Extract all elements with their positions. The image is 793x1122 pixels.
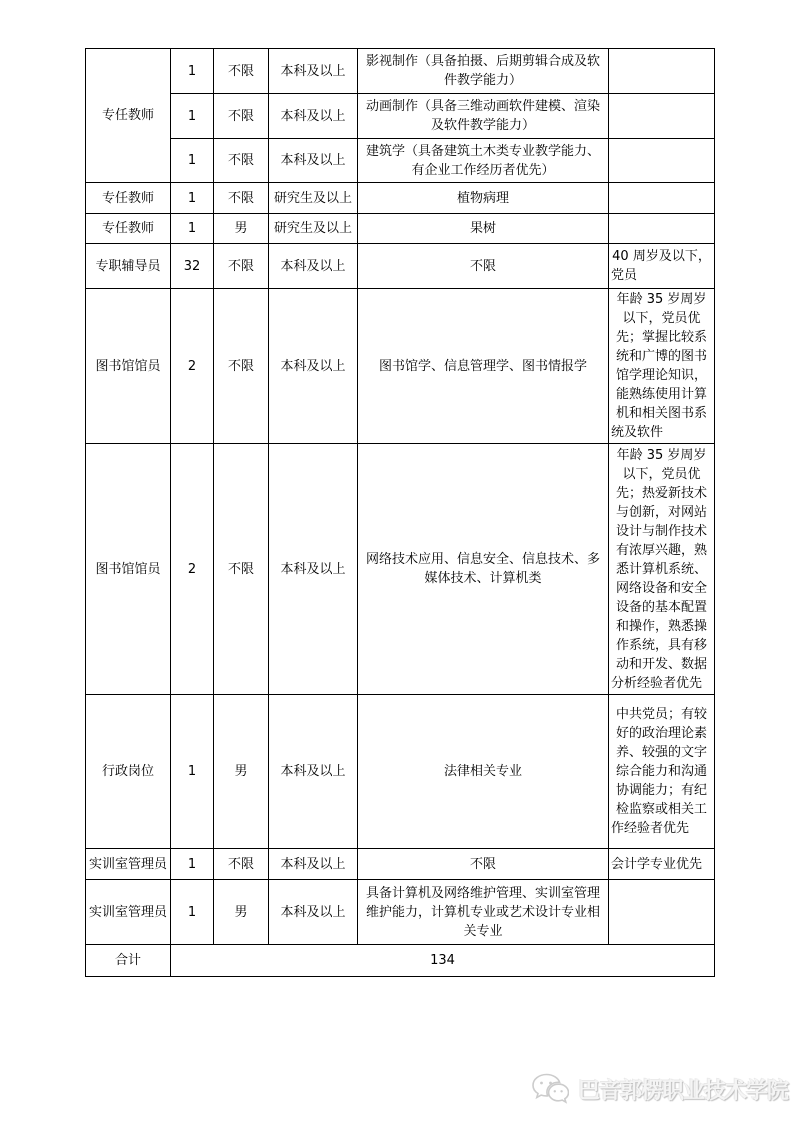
cell-gender: 不限 — [214, 183, 269, 214]
cell-other — [609, 139, 715, 183]
table-row: 行政岗位 1 男 本科及以上 法律相关专业 中共党员；有较好的政治理论素养、较强… — [86, 695, 715, 849]
cell-other — [609, 49, 715, 94]
recruitment-table: 专任教师 1 不限 本科及以上 影视制作（具备拍摄、后期剪辑合成及软件教学能力）… — [85, 48, 715, 977]
cell-position: 专任教师 — [86, 49, 171, 183]
wechat-watermark: 巴音郭楞职业技术学院 — [531, 1070, 788, 1108]
cell-major: 果树 — [358, 214, 609, 244]
cell-position: 图书馆馆员 — [86, 289, 171, 444]
total-value: 134 — [171, 945, 715, 977]
cell-education: 本科及以上 — [269, 94, 358, 139]
cell-major: 建筑学（具备建筑土木类专业教学能力、有企业工作经历者优先） — [358, 139, 609, 183]
cell-education: 本科及以上 — [269, 444, 358, 695]
wechat-icon — [531, 1073, 569, 1105]
cell-count: 1 — [171, 49, 214, 94]
cell-other — [609, 880, 715, 945]
cell-major: 法律相关专业 — [358, 695, 609, 849]
cell-count: 1 — [171, 849, 214, 880]
cell-major: 动画制作（具备三维动画软件建模、渲染及软件教学能力） — [358, 94, 609, 139]
cell-education: 本科及以上 — [269, 139, 358, 183]
cell-gender: 男 — [214, 880, 269, 945]
cell-gender: 男 — [214, 695, 269, 849]
cell-count: 2 — [171, 444, 214, 695]
cell-position: 专职辅导员 — [86, 244, 171, 289]
cell-gender: 不限 — [214, 444, 269, 695]
cell-major: 不限 — [358, 849, 609, 880]
table-row: 专任教师 1 不限 本科及以上 影视制作（具备拍摄、后期剪辑合成及软件教学能力） — [86, 49, 715, 94]
cell-major: 图书馆学、信息管理学、图书情报学 — [358, 289, 609, 444]
table-row: 专职辅导员 32 不限 本科及以上 不限 40 周岁及以下，党员 — [86, 244, 715, 289]
cell-other: 会计学专业优先 — [609, 849, 715, 880]
table-row: 图书馆馆员 2 不限 本科及以上 网络技术应用、信息安全、信息技术、多媒体技术、… — [86, 444, 715, 695]
cell-count: 1 — [171, 183, 214, 214]
cell-count: 1 — [171, 94, 214, 139]
cell-education: 研究生及以上 — [269, 214, 358, 244]
cell-gender: 不限 — [214, 289, 269, 444]
cell-education: 本科及以上 — [269, 880, 358, 945]
table-row: 专任教师 1 不限 研究生及以上 植物病理 — [86, 183, 715, 214]
cell-gender: 不限 — [214, 49, 269, 94]
document-page: 专任教师 1 不限 本科及以上 影视制作（具备拍摄、后期剪辑合成及软件教学能力）… — [0, 0, 793, 1122]
table-row: 图书馆馆员 2 不限 本科及以上 图书馆学、信息管理学、图书情报学 年龄 35 … — [86, 289, 715, 444]
cell-education: 本科及以上 — [269, 289, 358, 444]
table-row: 实训室管理员 1 男 本科及以上 具备计算机及网络维护管理、实训室管理维护能力，… — [86, 880, 715, 945]
table-row: 1 不限 本科及以上 建筑学（具备建筑土木类专业教学能力、有企业工作经历者优先） — [86, 139, 715, 183]
cell-major: 网络技术应用、信息安全、信息技术、多媒体技术、计算机类 — [358, 444, 609, 695]
cell-gender: 不限 — [214, 94, 269, 139]
cell-major: 植物病理 — [358, 183, 609, 214]
cell-other: 40 周岁及以下，党员 — [609, 244, 715, 289]
cell-education: 本科及以上 — [269, 849, 358, 880]
recruitment-table-container: 专任教师 1 不限 本科及以上 影视制作（具备拍摄、后期剪辑合成及软件教学能力）… — [85, 48, 715, 977]
total-row: 合计 134 — [86, 945, 715, 977]
cell-other — [609, 183, 715, 214]
cell-major: 具备计算机及网络维护管理、实训室管理维护能力，计算机专业或艺术设计专业相关专业 — [358, 880, 609, 945]
cell-other: 中共党员；有较好的政治理论素养、较强的文字综合能力和沟通协调能力；有纪检监察或相… — [609, 695, 715, 849]
cell-count: 1 — [171, 139, 214, 183]
cell-other — [609, 214, 715, 244]
cell-count: 32 — [171, 244, 214, 289]
table-row: 实训室管理员 1 不限 本科及以上 不限 会计学专业优先 — [86, 849, 715, 880]
cell-other: 年龄 35 岁周岁以下，党员优先；热爱新技术与创新，对网站设计与制作技术有浓厚兴… — [609, 444, 715, 695]
cell-count: 2 — [171, 289, 214, 444]
cell-position: 实训室管理员 — [86, 849, 171, 880]
cell-gender: 不限 — [214, 849, 269, 880]
cell-count: 1 — [171, 214, 214, 244]
watermark-text: 巴音郭楞职业技术学院 — [578, 1074, 788, 1105]
cell-education: 本科及以上 — [269, 244, 358, 289]
cell-position: 实训室管理员 — [86, 880, 171, 945]
cell-major: 不限 — [358, 244, 609, 289]
cell-position: 图书馆馆员 — [86, 444, 171, 695]
cell-position: 专任教师 — [86, 214, 171, 244]
cell-gender: 男 — [214, 214, 269, 244]
cell-gender: 不限 — [214, 244, 269, 289]
table-row: 1 不限 本科及以上 动画制作（具备三维动画软件建模、渲染及软件教学能力） — [86, 94, 715, 139]
cell-position: 专任教师 — [86, 183, 171, 214]
cell-education: 研究生及以上 — [269, 183, 358, 214]
cell-count: 1 — [171, 695, 214, 849]
cell-other — [609, 94, 715, 139]
cell-education: 本科及以上 — [269, 695, 358, 849]
cell-count: 1 — [171, 880, 214, 945]
cell-position: 行政岗位 — [86, 695, 171, 849]
total-label: 合计 — [86, 945, 171, 977]
cell-education: 本科及以上 — [269, 49, 358, 94]
table-row: 专任教师 1 男 研究生及以上 果树 — [86, 214, 715, 244]
cell-major: 影视制作（具备拍摄、后期剪辑合成及软件教学能力） — [358, 49, 609, 94]
cell-other: 年龄 35 岁周岁以下，党员优先；掌握比较系统和广博的图书馆学理论知识，能熟练使… — [609, 289, 715, 444]
cell-gender: 不限 — [214, 139, 269, 183]
